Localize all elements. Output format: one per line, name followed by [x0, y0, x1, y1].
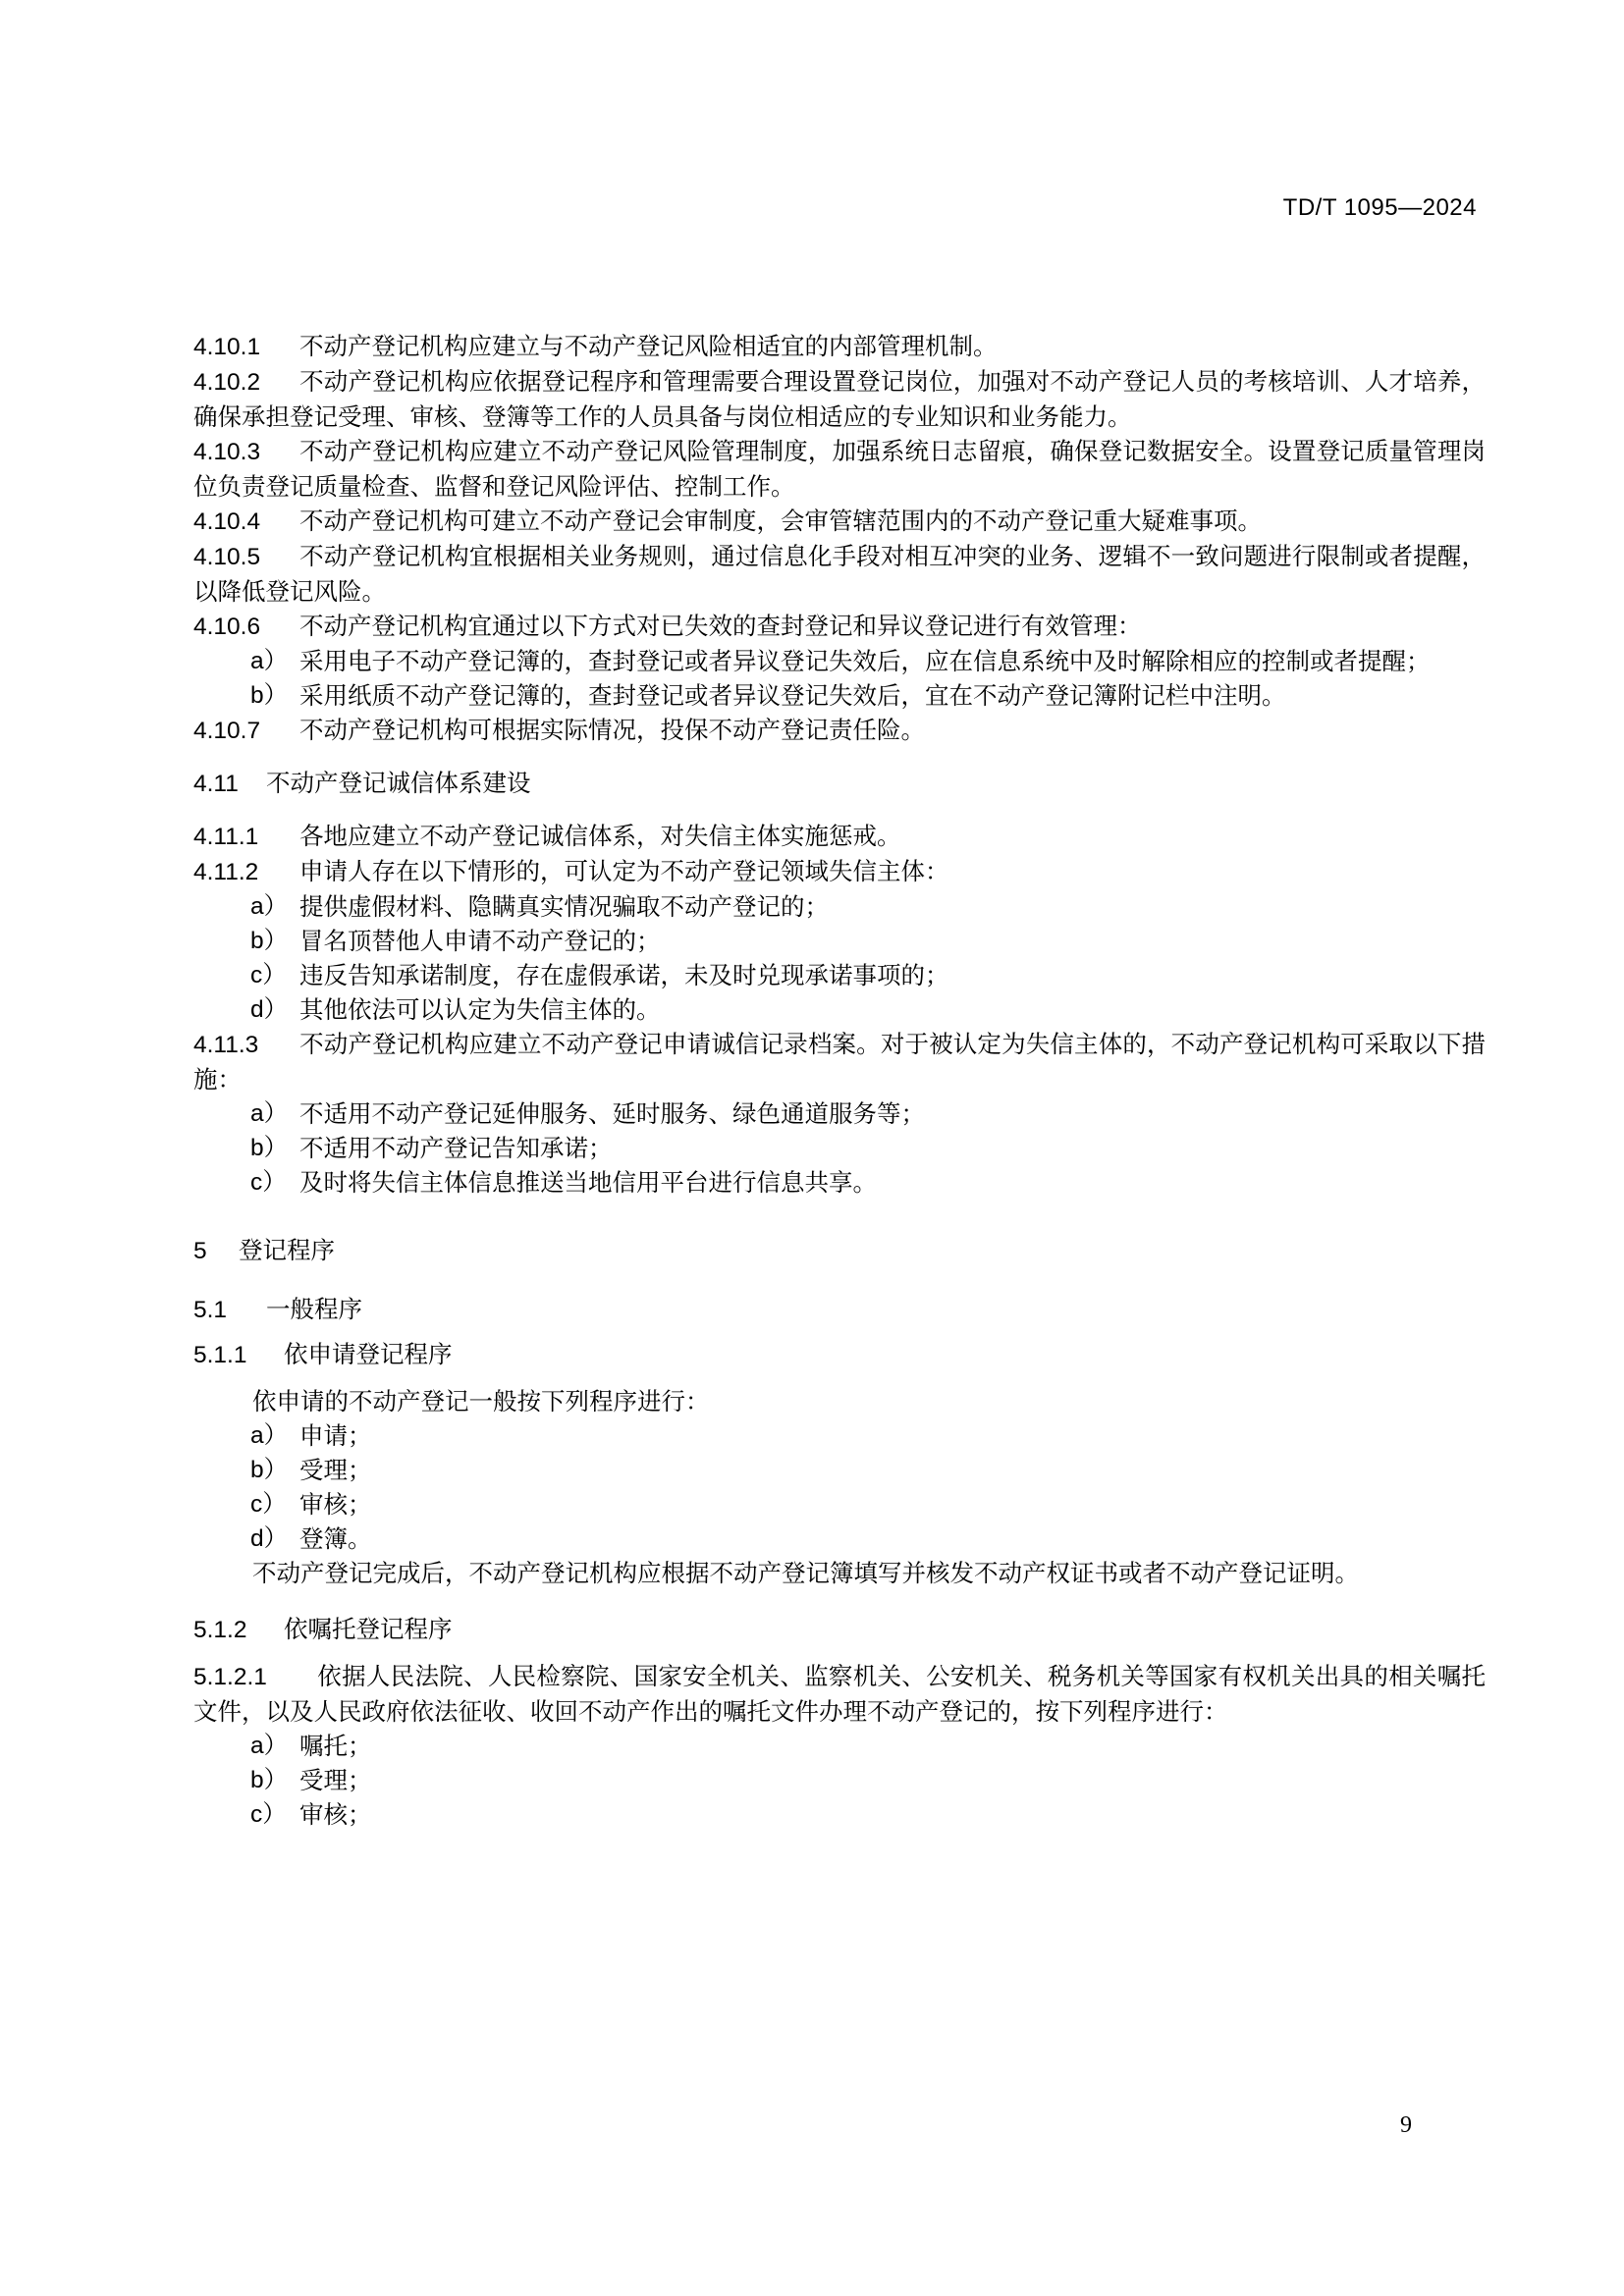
clause-number: 4.11.1: [193, 820, 299, 854]
list-text: 冒名顶替他人申请不动产登记的；: [299, 927, 661, 955]
chapter-heading-5: 5登记程序: [193, 1233, 1486, 1268]
clause-5-1-2-1: 5.1.2.1依据人民法院、人民检察院、国家安全机关、监察机关、公安机关、税务机…: [193, 1659, 1486, 1729]
list-label: d）: [250, 992, 288, 1027]
clause-number: 4.10.2: [193, 365, 299, 400]
list-label: c）: [250, 1797, 287, 1832]
list-item: b）冒名顶替他人申请不动产登记的；: [193, 924, 1486, 958]
list-label: c）: [250, 1165, 287, 1200]
list-label: b）: [250, 1453, 288, 1487]
list-text: 及时将失信主体信息推送当地信用平台进行信息共享。: [299, 1168, 877, 1197]
section-title: 依嘱托登记程序: [284, 1615, 453, 1643]
section-heading-5-1-1: 5.1.1依申请登记程序: [193, 1337, 1486, 1372]
page-number: 9: [1400, 2112, 1412, 2139]
list-text: 受理；: [299, 1766, 372, 1794]
list-label: a）: [250, 1418, 288, 1453]
clause-4-10-3: 4.10.3不动产登记机构应建立不动产登记风险管理制度，加强系统日志留痕，确保登…: [193, 434, 1486, 504]
list-text: 采用电子不动产登记簿的，查封登记或者异议登记失效后，应在信息系统中及时解除相应的…: [299, 647, 1431, 675]
clause-number: 4.10.3: [193, 435, 299, 469]
clause-4-10-4: 4.10.4不动产登记机构可建立不动产登记会审制度，会审管辖范围内的不动产登记重…: [193, 504, 1486, 539]
list-item: b）采用纸质不动产登记簿的，查封登记或者异议登记失效后，宜在不动产登记簿附记栏中…: [193, 678, 1486, 713]
list-text: 采用纸质不动产登记簿的，查封登记或者异议登记失效后，宜在不动产登记簿附记栏中注明…: [299, 681, 1286, 710]
clause-text: 不动产登记机构应建立不动产登记风险管理制度，加强系统日志留痕，确保登记数据安全。…: [193, 437, 1486, 501]
list-label: b）: [250, 924, 288, 958]
clause-4-10-5: 4.10.5不动产登记机构宜根据相关业务规则，通过信息化手段对相互冲突的业务、逻…: [193, 539, 1486, 609]
list-text: 登簿。: [299, 1524, 372, 1553]
list-label: a）: [250, 1729, 288, 1763]
clause-text: 各地应建立不动产登记诚信体系，对失信主体实施惩戒。: [299, 822, 901, 850]
list-text: 提供虚假材料、隐瞒真实情况骗取不动产登记的；: [299, 892, 829, 921]
list-item: b）受理；: [193, 1453, 1486, 1487]
section-number: 5.1.1: [193, 1338, 284, 1372]
list-item: d）其他依法可以认定为失信主体的。: [193, 992, 1486, 1027]
list-item: a）申请；: [193, 1418, 1486, 1453]
list-item: a）不适用不动产登记延伸服务、延时服务、绿色通道服务等；: [193, 1096, 1486, 1131]
clause-number: 4.11.2: [193, 855, 299, 889]
list-label: d）: [250, 1522, 288, 1556]
clause-4-11-3: 4.11.3不动产登记机构应建立不动产登记申请诚信记录档案。对于被认定为失信主体…: [193, 1027, 1486, 1096]
list-text: 受理；: [299, 1456, 372, 1484]
section-title: 一般程序: [266, 1295, 362, 1323]
clause-4-10-1: 4.10.1不动产登记机构应建立与不动产登记风险相适宜的内部管理机制。: [193, 329, 1486, 364]
chapter-title: 登记程序: [239, 1236, 335, 1264]
list-label: c）: [250, 958, 287, 992]
clause-text: 不动产登记机构应建立与不动产登记风险相适宜的内部管理机制。: [299, 332, 998, 360]
list-label: b）: [250, 1763, 288, 1797]
clause-number: 4.10.5: [193, 540, 299, 574]
clause-4-10-2: 4.10.2不动产登记机构应依据登记程序和管理需要合理设置登记岗位，加强对不动产…: [193, 364, 1486, 434]
clause-4-10-6: 4.10.6不动产登记机构宜通过以下方式对已失效的查封登记和异议登记进行有效管理…: [193, 609, 1486, 644]
clause-text: 不动产登记机构应建立不动产登记申请诚信记录档案。对于被认定为失信主体的，不动产登…: [193, 1030, 1486, 1094]
list-text: 不适用不动产登记延伸服务、延时服务、绿色通道服务等；: [299, 1099, 925, 1128]
clause-4-11-1: 4.11.1各地应建立不动产登记诚信体系，对失信主体实施惩戒。: [193, 819, 1486, 854]
standard-code: TD/T 1095—2024: [1283, 194, 1477, 222]
list-item: c）审核；: [193, 1487, 1486, 1522]
paragraph-outro: 不动产登记完成后，不动产登记机构应根据不动产登记簿填写并核发不动产权证书或者不动…: [193, 1556, 1486, 1590]
clause-text: 依据人民法院、人民检察院、国家安全机关、监察机关、公安机关、税务机关等国家有权机…: [193, 1662, 1486, 1726]
clause-text: 不动产登记机构宜根据相关业务规则，通过信息化手段对相互冲突的业务、逻辑不一致问题…: [193, 542, 1486, 606]
clause-4-11-2: 4.11.2申请人存在以下情形的，可认定为不动产登记领域失信主体：: [193, 854, 1486, 889]
section-heading-5-1: 5.1一般程序: [193, 1292, 1486, 1327]
section-title: 依申请登记程序: [284, 1340, 453, 1368]
list-item: c）及时将失信主体信息推送当地信用平台进行信息共享。: [193, 1165, 1486, 1200]
list-item: a）提供虚假材料、隐瞒真实情况骗取不动产登记的；: [193, 889, 1486, 924]
clause-number: 4.11.3: [193, 1028, 299, 1062]
clause-text: 不动产登记机构可根据实际情况，投保不动产登记责任险。: [299, 716, 925, 744]
list-text: 申请；: [299, 1421, 372, 1450]
chapter-number: 5: [193, 1234, 239, 1268]
section-number: 5.1.2: [193, 1613, 284, 1647]
document-body: 4.10.1不动产登记机构应建立与不动产登记风险相适宜的内部管理机制。 4.10…: [193, 329, 1486, 1832]
list-item: b）受理；: [193, 1763, 1486, 1797]
list-item: a）嘱托；: [193, 1729, 1486, 1763]
list-label: c）: [250, 1487, 287, 1522]
clause-text: 不动产登记机构应依据登记程序和管理需要合理设置登记岗位，加强对不动产登记人员的考…: [193, 367, 1486, 431]
list-label: b）: [250, 1131, 288, 1165]
clause-4-10-7: 4.10.7不动产登记机构可根据实际情况，投保不动产登记责任险。: [193, 713, 1486, 748]
list-item: b）不适用不动产登记告知承诺；: [193, 1131, 1486, 1165]
clause-number: 4.10.4: [193, 505, 299, 539]
list-label: a）: [250, 644, 288, 678]
list-item: d）登簿。: [193, 1522, 1486, 1556]
section-number: 5.1: [193, 1293, 266, 1327]
paragraph-intro: 依申请的不动产登记一般按下列程序进行：: [193, 1384, 1486, 1418]
list-label: b）: [250, 678, 288, 713]
list-text: 审核；: [299, 1490, 372, 1519]
clause-number: 4.10.7: [193, 714, 299, 748]
list-text: 不适用不动产登记告知承诺；: [299, 1134, 613, 1162]
list-text: 其他依法可以认定为失信主体的。: [299, 995, 661, 1024]
list-label: a）: [250, 1096, 288, 1131]
list-item: a）采用电子不动产登记簿的，查封登记或者异议登记失效后，应在信息系统中及时解除相…: [193, 644, 1486, 678]
list-label: a）: [250, 889, 288, 924]
list-text: 嘱托；: [299, 1732, 372, 1760]
clause-text: 不动产登记机构可建立不动产登记会审制度，会审管辖范围内的不动产登记重大疑难事项。: [299, 507, 1262, 535]
section-heading-4-11: 4.11不动产登记诚信体系建设: [193, 766, 1486, 801]
list-text: 审核；: [299, 1800, 372, 1829]
list-item: c）审核；: [193, 1797, 1486, 1832]
clause-number: 5.1.2.1: [193, 1660, 317, 1694]
section-heading-5-1-2: 5.1.2依嘱托登记程序: [193, 1612, 1486, 1647]
clause-text: 申请人存在以下情形的，可认定为不动产登记领域失信主体：: [299, 857, 949, 885]
clause-text: 不动产登记机构宜通过以下方式对已失效的查封登记和异议登记进行有效管理：: [299, 612, 1142, 640]
list-item: c）违反告知承诺制度，存在虚假承诺，未及时兑现承诺事项的；: [193, 958, 1486, 992]
clause-number: 4.10.1: [193, 330, 299, 364]
clause-number: 4.10.6: [193, 610, 299, 644]
section-title: 不动产登记诚信体系建设: [266, 769, 531, 797]
section-number: 4.11: [193, 767, 266, 801]
list-text: 违反告知承诺制度，存在虚假承诺，未及时兑现承诺事项的；: [299, 961, 949, 989]
